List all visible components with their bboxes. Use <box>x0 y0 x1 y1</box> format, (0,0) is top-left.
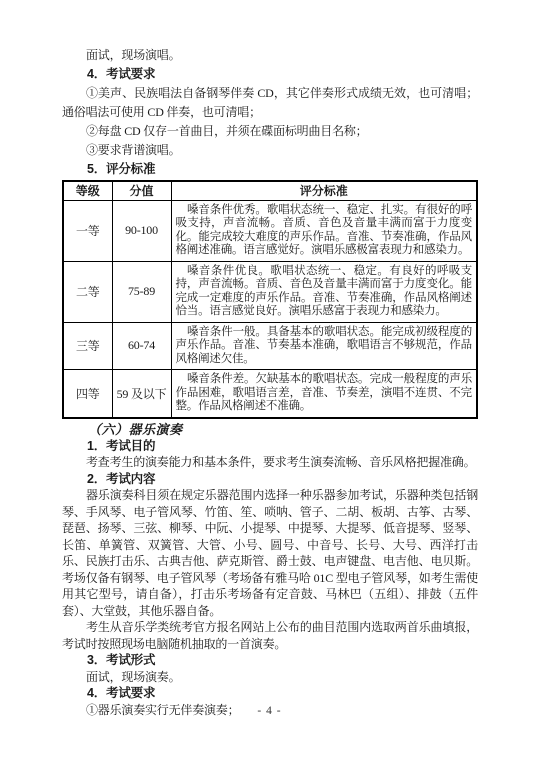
exam-content-paragraph: 器乐演奏科目须在规定乐器范围内选择一种乐器参加考试，乐器种类包括钢琴、手风琴、电… <box>62 487 478 619</box>
column-header-criteria: 评分标准 <box>171 181 477 200</box>
heading-instrumental-exam-requirements: 4．考试要求 <box>62 685 478 702</box>
exam-purpose-text: 考查考生的演奏能力和基本条件，要求考生演奏流畅、音乐风格把握准确。 <box>62 454 478 471</box>
grade-cell: 三等 <box>63 322 112 370</box>
heading-exam-form: 3．考试形式 <box>62 652 478 669</box>
document-page: 面试，现场演唱。 4．考试要求 ①美声、民族唱法自备钢琴伴奏 CD，其它伴奏形式… <box>0 0 539 757</box>
heading-exam-purpose: 1．考试目的 <box>62 438 478 455</box>
criteria-cell: 嗓音条件一般。具备基本的歌唱状态。能完成初级程度的声乐作品。音准、节奏基本准确，… <box>171 322 477 370</box>
table-row: 一等 90-100 嗓音条件优秀。歌唱状态统一、稳定、扎实。有很好的呼吸支持，声… <box>63 200 477 261</box>
grade-cell: 一等 <box>63 200 112 261</box>
page-number: - 4 - <box>0 705 539 717</box>
score-cell: 90-100 <box>112 200 171 261</box>
exam-form-text: 面试，现场演奏。 <box>62 669 478 686</box>
vocal-requirement-item: ③要求背谱演唱。 <box>62 141 478 160</box>
grade-cell: 二等 <box>63 261 112 322</box>
score-cell: 59 及以下 <box>112 370 171 418</box>
score-cell: 75-89 <box>112 261 171 322</box>
score-cell: 60-74 <box>112 322 171 370</box>
vocal-requirement-item: ①美声、民族唱法自备钢琴伴奏 CD，其它伴奏形式成绩无效，也可清唱；通俗唱法可使… <box>62 84 478 122</box>
table-header-row: 等级 分值 评分标准 <box>63 181 477 200</box>
column-header-score: 分值 <box>112 181 171 200</box>
criteria-cell: 嗓音条件优秀。歌唱状态统一、稳定、扎实。有很好的呼吸支持，声音流畅。音质、音色及… <box>171 200 477 261</box>
criteria-cell: 嗓音条件优良。歌唱状态统一、稳定。有良好的呼吸支持，声音流畅。音质、音色及音量丰… <box>171 261 477 322</box>
intro-paragraph: 面试，现场演唱。 <box>62 46 478 65</box>
vocal-requirement-item: ②每盘 CD 仅存一首曲目，并须在碟面标明曲目名称； <box>62 122 478 141</box>
page-content: 面试，现场演唱。 4．考试要求 ①美声、民族唱法自备钢琴伴奏 CD，其它伴奏形式… <box>62 46 478 718</box>
heading-instrumental-performance: （六）器乐演奏 <box>62 421 478 438</box>
column-header-grade: 等级 <box>63 181 112 200</box>
grade-cell: 四等 <box>63 370 112 418</box>
scoring-table: 等级 分值 评分标准 一等 90-100 嗓音条件优秀。歌唱状态统一、稳定、扎实… <box>62 180 478 419</box>
exam-content-paragraph: 考生从音乐学类统考官方报名网站上公布的曲目范围内选取两首乐曲填报，考试时按照现场… <box>62 619 478 652</box>
heading-vocal-exam-requirements: 4．考试要求 <box>62 65 478 84</box>
table-row: 二等 75-89 嗓音条件优良。歌唱状态统一、稳定。有良好的呼吸支持，声音流畅。… <box>63 261 477 322</box>
table-row: 三等 60-74 嗓音条件一般。具备基本的歌唱状态。能完成初级程度的声乐作品。音… <box>63 322 477 370</box>
criteria-cell: 嗓音条件差。欠缺基本的歌唱状态。完成一般程度的声乐作品困难，歌唱语言差，音准、节… <box>171 370 477 418</box>
heading-exam-content: 2．考试内容 <box>62 471 478 488</box>
heading-scoring-standard: 5．评分标准 <box>62 160 478 179</box>
section-instrumental-performance: （六）器乐演奏 1．考试目的 考查考生的演奏能力和基本条件，要求考生演奏流畅、音… <box>62 421 478 719</box>
table-row: 四等 59 及以下 嗓音条件差。欠缺基本的歌唱状态。完成一般程度的声乐作品困难，… <box>63 370 477 418</box>
